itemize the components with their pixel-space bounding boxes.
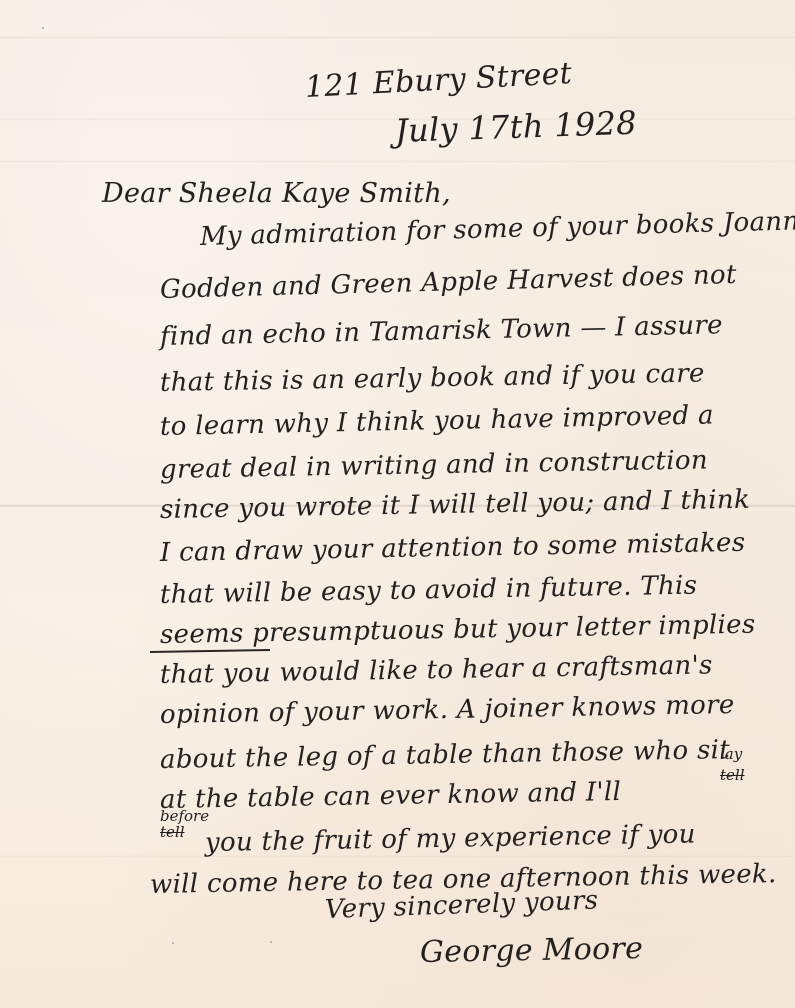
body-line: at the table can ever know and I'll: [160, 777, 622, 815]
body-line: seems presumptuous but your letter impli…: [160, 610, 756, 650]
body-line: about the leg of a table than those who …: [160, 735, 730, 775]
body-line: since you wrote it I will tell you; and …: [160, 485, 751, 525]
struck-word: tell: [720, 766, 745, 784]
paper-crease: [0, 160, 795, 163]
paper-speck: [172, 942, 174, 944]
body-line: you the fruit of my experience if you: [205, 819, 696, 858]
paper-crease: [0, 36, 795, 39]
paper-crease: [0, 855, 795, 858]
body-line: find an echo in Tamarisk Town — I assure: [160, 310, 723, 352]
body-line: that will be easy to avoid in future. Th…: [160, 571, 698, 610]
body-line: that this is an early book and if you ca…: [160, 358, 705, 398]
interlinear-insertion: lay: [720, 745, 742, 763]
body-line: to learn why I think you have improved a: [160, 400, 714, 442]
letter-page: 121 Ebury Street July 17th 1928 Dear She…: [0, 0, 795, 1008]
letter-date: July 17th 1928: [394, 104, 637, 150]
body-line: My admiration for some of your books Joa…: [200, 206, 795, 252]
sender-address: 121 Ebury Street: [304, 56, 573, 105]
signature: George Moore: [420, 931, 644, 970]
salutation: Dear Sheela Kaye Smith,: [102, 178, 451, 209]
struck-word: tell: [160, 823, 185, 841]
paper-speck: [270, 941, 272, 943]
body-line: that you would like to hear a craftsman'…: [160, 650, 713, 690]
body-line: Godden and Green Apple Harvest does not: [160, 260, 737, 305]
body-line: opinion of your work. A joiner knows mor…: [160, 690, 735, 730]
body-line: great deal in writing and in constructio…: [160, 445, 708, 485]
paper-speck: [42, 27, 44, 29]
body-line: I can draw your attention to some mistak…: [160, 528, 746, 568]
